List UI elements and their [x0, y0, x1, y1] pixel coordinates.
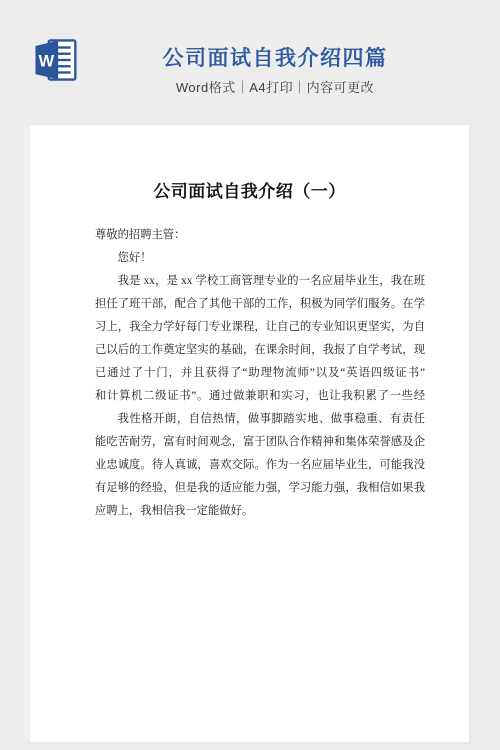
- body-line: 习上，我全力学好每门专业课程，让自己的专业知识更坚实，为自: [95, 316, 425, 339]
- stacked-page-edge: [23, 127, 30, 740]
- document-page: 公司面试自我介绍（一） 尊敬的招聘主管： 您好！ 我是 xx，是 xx 学校工商…: [30, 125, 469, 742]
- header-title: 公司面试自我介绍四篇: [80, 42, 470, 72]
- body-line: 我性格开朗，自信热情，做事脚踏实地、做事稳重、有责任心、: [95, 408, 425, 431]
- word-icon-letter: W: [39, 52, 55, 70]
- body-line: 和计算机二级证书”。通过做兼职和实习，也让我积累了一些经验。: [95, 385, 425, 408]
- word-icon: W: [30, 35, 80, 85]
- header-subtitle: Word格式｜A4打印｜内容可更改: [80, 77, 470, 96]
- salutation-line: 您好！: [95, 247, 425, 270]
- paragraph-2: 我性格开朗，自信热情，做事脚踏实地、做事稳重、有责任心、 能吃苦耐劳，富有时间观…: [95, 408, 425, 523]
- paragraph-1: 我是 xx，是 xx 学校工商管理专业的一名应届毕业生，我在班上 担任了班干部，…: [95, 270, 425, 408]
- word-icon-graphic: W: [30, 35, 80, 85]
- body-line: 能吃苦耐劳，富有时间观念，富于团队合作精神和集体荣誉感及企: [95, 431, 425, 454]
- document-body: 尊敬的招聘主管： 您好！ 我是 xx，是 xx 学校工商管理专业的一名应届毕业生…: [95, 224, 425, 523]
- body-line: 我是 xx，是 xx 学校工商管理专业的一名应届毕业生，我在班上: [95, 270, 425, 293]
- document-title: 公司面试自我介绍（一）: [30, 180, 469, 204]
- body-line: 己以后的工作奠定坚实的基础，在课余时间，我报了自学考试，现: [95, 339, 425, 362]
- body-line: 担任了班干部，配合了其他干部的工作，积极为同学们服务。在学: [95, 293, 425, 316]
- body-line: 应聘上，我相信我一定能做好。: [95, 500, 425, 523]
- body-line: 业忠诚度。待人真诚，喜欢交际。作为一名应届毕业生，可能我没: [95, 454, 425, 477]
- page-background: { "header": { "icon_letter": "W", "title…: [0, 0, 500, 750]
- body-line: 已通过了十门，并且获得了“助理物流师”以及“英语四级证书”: [95, 362, 425, 385]
- body-line: 有足够的经验，但是我的适应能力强，学习能力强，我相信如果我: [95, 477, 425, 500]
- greeting-line: 尊敬的招聘主管：: [95, 224, 425, 247]
